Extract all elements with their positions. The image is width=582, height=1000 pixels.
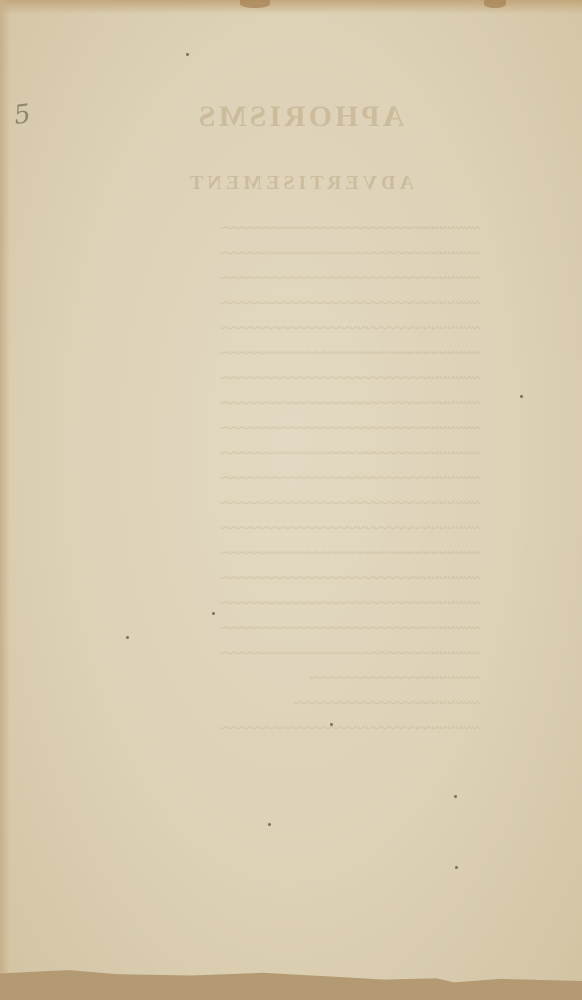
showthrough-line: ~~~~~~~~~~~~~~~~~~~~~~~~~~~~~~~~ (120, 517, 480, 542)
showthrough-line: ~~~~~~~~~~~~~~~~~~~~~~~~~~~~~~~~ (120, 242, 480, 267)
showthrough-line: ~~~~~~~~~~~~~~~~~~~~~~~~~~~~~~~~ (120, 417, 480, 442)
showthrough-line: ~~~~~~~~~~~~~~~~~~~~~~~~~~~~~~~~ (120, 492, 480, 517)
aged-left-edge (0, 0, 10, 1000)
showthrough-line: ~~~~~~~~~~~~~~~~~~~~~~~~~~~~~~~~ (120, 317, 480, 342)
torn-bottom-edge (0, 966, 582, 1000)
showthrough-line: ~~~~~~~~~~~~~~~~~~~~~~~~~~~~~~~~ (120, 542, 480, 567)
showthrough-line: ~~~~~~~~~~~~~~~~~~~~~~~~~~~~~~~~ (120, 267, 480, 292)
showthrough-line: ~~~~~~~~~~~~~~~~~~~~~~~~~~~~~~~~ (120, 617, 480, 642)
showthrough-line: ~~~~~~~~~~~~~~~~~~~~~~~~~~~~~~~~ (120, 342, 480, 367)
showthrough-line: ~~~~~~~~~~~~~~~~~~~~~~~~~~~~~~~~ (120, 442, 480, 467)
showthrough-subtitle: ADVERTISEMENT (120, 172, 480, 195)
mirrored-showthrough-text: APHORISMS ADVERTISEMENT ~~~~~~~~~~~~~~~~… (120, 100, 480, 742)
showthrough-line: ~~~~~~~~~~~~~~~~~~~~~~~~~~~~~~~~ (120, 292, 480, 317)
showthrough-body: ~~~~~~~~~~~~~~~~~~~~~~~~~~~~~~~~~~~~~~~~… (120, 217, 480, 742)
pencil-page-mark: 5 (12, 99, 33, 131)
book-page: 5 APHORISMS ADVERTISEMENT ~~~~~~~~~~~~~~… (0, 0, 582, 1000)
showthrough-line: ~~~~~~~~~~~~~~~~~~~~~~~~~~~~~~~~ (120, 642, 480, 667)
showthrough-line: ~~~~~~~~~~~~~~~~~~~~~~~~~~~~~~~~ (120, 567, 480, 592)
showthrough-line: ~~~~~~~~~~~~~~~~~~~~~~~~~~~~~~~~ (120, 592, 480, 617)
showthrough-title: APHORISMS (120, 100, 480, 134)
showthrough-line: ~~~~~~~~~~~~~~~~~~~~~~~~~~~~~~~~ (120, 367, 480, 392)
stain-mark (484, 0, 506, 8)
showthrough-line: ~~~~~~~~~~~~~~~~~~~~~ (120, 667, 480, 692)
showthrough-line: ~~~~~~~~~~~~~~~~~~~~~~~~~~~~~~~~ (120, 717, 480, 742)
showthrough-line: ~~~~~~~~~~~~~~~~~~~~~~~~~~~~~~~~ (120, 217, 480, 242)
stain-mark (240, 0, 270, 8)
showthrough-line: ~~~~~~~~~~~~~~~~~~~~~~~~~~~~~~~~ (120, 467, 480, 492)
showthrough-line: ~~~~~~~~~~~~~~~~~~~~~~~~~~~~~~~~ (120, 392, 480, 417)
showthrough-line: ~~~~~~~~~~~~~~~~~~~~~~~ (120, 692, 480, 717)
